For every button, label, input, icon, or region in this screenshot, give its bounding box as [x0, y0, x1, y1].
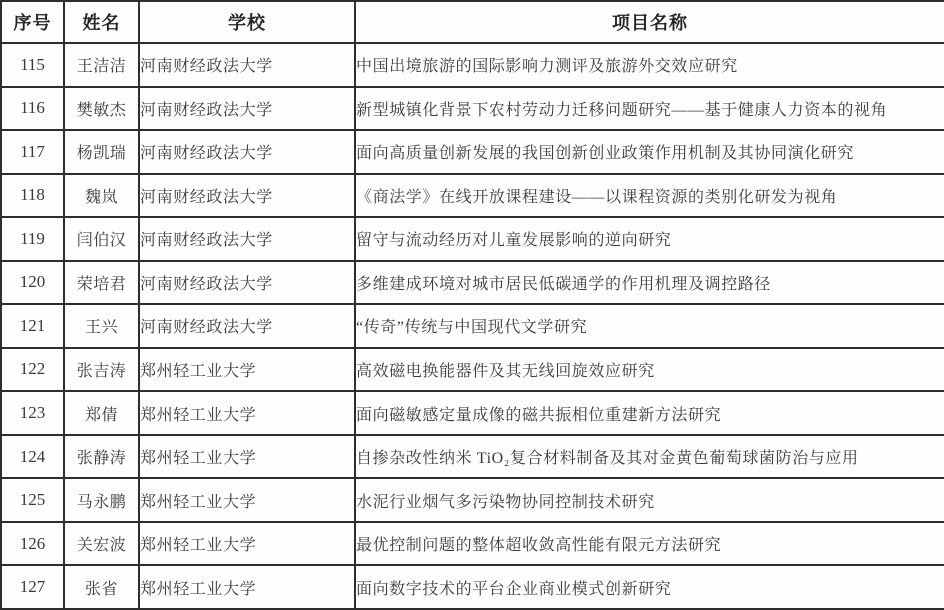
- cell-project: 留守与流动经历对儿童发展影响的逆向研究: [355, 217, 944, 261]
- cell-project: 自掺杂改性纳米 TiO₂复合材料制备及其对金黄色葡萄球菌防治与应用: [355, 435, 944, 479]
- cell-school: 郑州轻工业大学: [139, 565, 355, 609]
- cell-school: 郑州轻工业大学: [139, 391, 355, 435]
- cell-name: 杨凯瑞: [64, 130, 139, 174]
- table-body: 115 王洁洁 河南财经政法大学 中国出境旅游的国际影响力测评及旅游外交效应研究…: [1, 43, 944, 609]
- table-row: 124 张静涛 郑州轻工业大学 自掺杂改性纳米 TiO₂复合材料制备及其对金黄色…: [1, 435, 944, 479]
- table-row: 118 魏岚 河南财经政法大学 《商法学》在线开放课程建设——以课程资源的类别化…: [1, 174, 944, 218]
- cell-project: 面向高质量创新发展的我国创新创业政策作用机制及其协同演化研究: [355, 130, 944, 174]
- cell-no: 123: [1, 391, 64, 435]
- cell-school: 河南财经政法大学: [139, 174, 355, 218]
- cell-school: 河南财经政法大学: [139, 217, 355, 261]
- cell-no: 118: [1, 174, 64, 218]
- cell-name: 樊敏杰: [64, 87, 139, 131]
- cell-no: 119: [1, 217, 64, 261]
- table-row: 126 关宏波 郑州轻工业大学 最优控制问题的整体超收敛高性能有限元方法研究: [1, 522, 944, 566]
- cell-name: 郑倩: [64, 391, 139, 435]
- cell-name: 关宏波: [64, 522, 139, 566]
- table-row: 117 杨凯瑞 河南财经政法大学 面向高质量创新发展的我国创新创业政策作用机制及…: [1, 130, 944, 174]
- header-school: 学校: [139, 1, 355, 43]
- cell-school: 河南财经政法大学: [139, 130, 355, 174]
- table-row: 122 张吉涛 郑州轻工业大学 高效磁电换能器件及其无线回旋效应研究: [1, 348, 944, 392]
- table-row: 121 王兴 河南财经政法大学 “传奇”传统与中国现代文学研究: [1, 304, 944, 348]
- cell-school: 河南财经政法大学: [139, 43, 355, 87]
- cell-school: 郑州轻工业大学: [139, 478, 355, 522]
- cell-school: 河南财经政法大学: [139, 87, 355, 131]
- cell-no: 115: [1, 43, 64, 87]
- cell-project: 面向磁敏感定量成像的磁共振相位重建新方法研究: [355, 391, 944, 435]
- cell-no: 120: [1, 261, 64, 305]
- cell-name: 张省: [64, 565, 139, 609]
- table-row: 125 马永鹏 郑州轻工业大学 水泥行业烟气多污染物协同控制技术研究: [1, 478, 944, 522]
- cell-no: 121: [1, 304, 64, 348]
- cell-project: 面向数字技术的平台企业商业模式创新研究: [355, 565, 944, 609]
- cell-project: 多维建成环境对城市居民低碳通学的作用机理及调控路径: [355, 261, 944, 305]
- cell-name: 荣培君: [64, 261, 139, 305]
- cell-no: 122: [1, 348, 64, 392]
- cell-no: 124: [1, 435, 64, 479]
- cell-no: 127: [1, 565, 64, 609]
- header-row: 序号 姓名 学校 项目名称: [1, 1, 944, 43]
- cell-school: 郑州轻工业大学: [139, 348, 355, 392]
- cell-project: 中国出境旅游的国际影响力测评及旅游外交效应研究: [355, 43, 944, 87]
- projects-table: 序号 姓名 学校 项目名称 115 王洁洁 河南财经政法大学 中国出境旅游的国际…: [0, 0, 944, 610]
- table-row: 116 樊敏杰 河南财经政法大学 新型城镇化背景下农村劳动力迁移问题研究——基于…: [1, 87, 944, 131]
- cell-no: 125: [1, 478, 64, 522]
- cell-no: 126: [1, 522, 64, 566]
- cell-school: 郑州轻工业大学: [139, 435, 355, 479]
- cell-name: 魏岚: [64, 174, 139, 218]
- cell-no: 117: [1, 130, 64, 174]
- cell-project: 新型城镇化背景下农村劳动力迁移问题研究——基于健康人力资本的视角: [355, 87, 944, 131]
- cell-project: 《商法学》在线开放课程建设——以课程资源的类别化研发为视角: [355, 174, 944, 218]
- table-header: 序号 姓名 学校 项目名称: [1, 1, 944, 43]
- cell-project: “传奇”传统与中国现代文学研究: [355, 304, 944, 348]
- cell-project: 水泥行业烟气多污染物协同控制技术研究: [355, 478, 944, 522]
- header-project: 项目名称: [355, 1, 944, 43]
- table-row: 123 郑倩 郑州轻工业大学 面向磁敏感定量成像的磁共振相位重建新方法研究: [1, 391, 944, 435]
- cell-name: 马永鹏: [64, 478, 139, 522]
- cell-name: 张吉涛: [64, 348, 139, 392]
- cell-school: 河南财经政法大学: [139, 261, 355, 305]
- cell-project: 高效磁电换能器件及其无线回旋效应研究: [355, 348, 944, 392]
- header-name: 姓名: [64, 1, 139, 43]
- table-row: 120 荣培君 河南财经政法大学 多维建成环境对城市居民低碳通学的作用机理及调控…: [1, 261, 944, 305]
- header-no: 序号: [1, 1, 64, 43]
- table-row: 115 王洁洁 河南财经政法大学 中国出境旅游的国际影响力测评及旅游外交效应研究: [1, 43, 944, 87]
- cell-name: 闫伯汉: [64, 217, 139, 261]
- cell-name: 王洁洁: [64, 43, 139, 87]
- table-row: 119 闫伯汉 河南财经政法大学 留守与流动经历对儿童发展影响的逆向研究: [1, 217, 944, 261]
- table-row: 127 张省 郑州轻工业大学 面向数字技术的平台企业商业模式创新研究: [1, 565, 944, 609]
- cell-no: 116: [1, 87, 64, 131]
- cell-name: 王兴: [64, 304, 139, 348]
- cell-school: 河南财经政法大学: [139, 304, 355, 348]
- cell-school: 郑州轻工业大学: [139, 522, 355, 566]
- cell-name: 张静涛: [64, 435, 139, 479]
- cell-project: 最优控制问题的整体超收敛高性能有限元方法研究: [355, 522, 944, 566]
